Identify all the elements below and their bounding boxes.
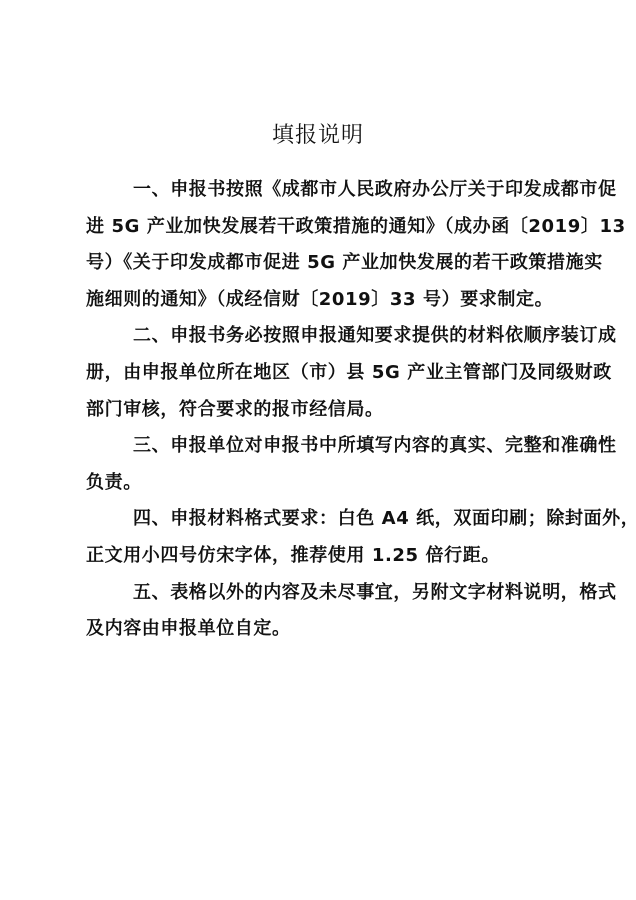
- paragraph-line: 施细则的通知》（成经信财〔2019〕33 号）要求制定。: [86, 282, 560, 319]
- paragraph-line: 号）《关于印发成都市促进 5G 产业加快发展的若干政策措施实: [86, 245, 560, 282]
- paragraph-line: 进 5G 产业加快发展若干政策措施的通知》（成办函〔2019〕13: [86, 209, 560, 246]
- paragraph-3: 三、申报单位对申报书中所填写内容的真实、完整和准确性 负责。: [86, 428, 560, 501]
- paragraph-2: 二、申报书务必按照申报通知要求提供的材料依顺序装订成 册，由申报单位所在地区（市…: [86, 318, 560, 428]
- paragraph-5: 五、表格以外的内容及未尽事宜，另附文字材料说明，格式 及内容由申报单位自定。: [86, 575, 560, 648]
- paragraph-1: 一、申报书按照《成都市人民政府办公厅关于印发成都市促 进 5G 产业加快发展若干…: [86, 172, 560, 318]
- paragraph-line: 及内容由申报单位自定。: [86, 611, 560, 648]
- paragraph-4: 四、申报材料格式要求：白色 A4 纸，双面印刷；除封面外， 正文用小四号仿宋字体…: [86, 501, 560, 574]
- document-page: 填报说明 一、申报书按照《成都市人民政府办公厅关于印发成都市促 进 5G 产业加…: [0, 0, 636, 900]
- paragraph-line: 负责。: [86, 465, 560, 502]
- page-title: 填报说明: [0, 118, 636, 149]
- paragraph-line: 册，由申报单位所在地区（市）县 5G 产业主管部门及同级财政: [86, 355, 560, 392]
- paragraph-line: 五、表格以外的内容及未尽事宜，另附文字材料说明，格式: [86, 575, 560, 612]
- paragraph-line: 正文用小四号仿宋字体，推荐使用 1.25 倍行距。: [86, 538, 560, 575]
- document-body: 一、申报书按照《成都市人民政府办公厅关于印发成都市促 进 5G 产业加快发展若干…: [86, 172, 560, 648]
- paragraph-line: 三、申报单位对申报书中所填写内容的真实、完整和准确性: [86, 428, 560, 465]
- paragraph-line: 一、申报书按照《成都市人民政府办公厅关于印发成都市促: [86, 172, 560, 209]
- paragraph-line: 四、申报材料格式要求：白色 A4 纸，双面印刷；除封面外，: [86, 501, 560, 538]
- paragraph-line: 部门审核，符合要求的报市经信局。: [86, 392, 560, 429]
- paragraph-line: 二、申报书务必按照申报通知要求提供的材料依顺序装订成: [86, 318, 560, 355]
